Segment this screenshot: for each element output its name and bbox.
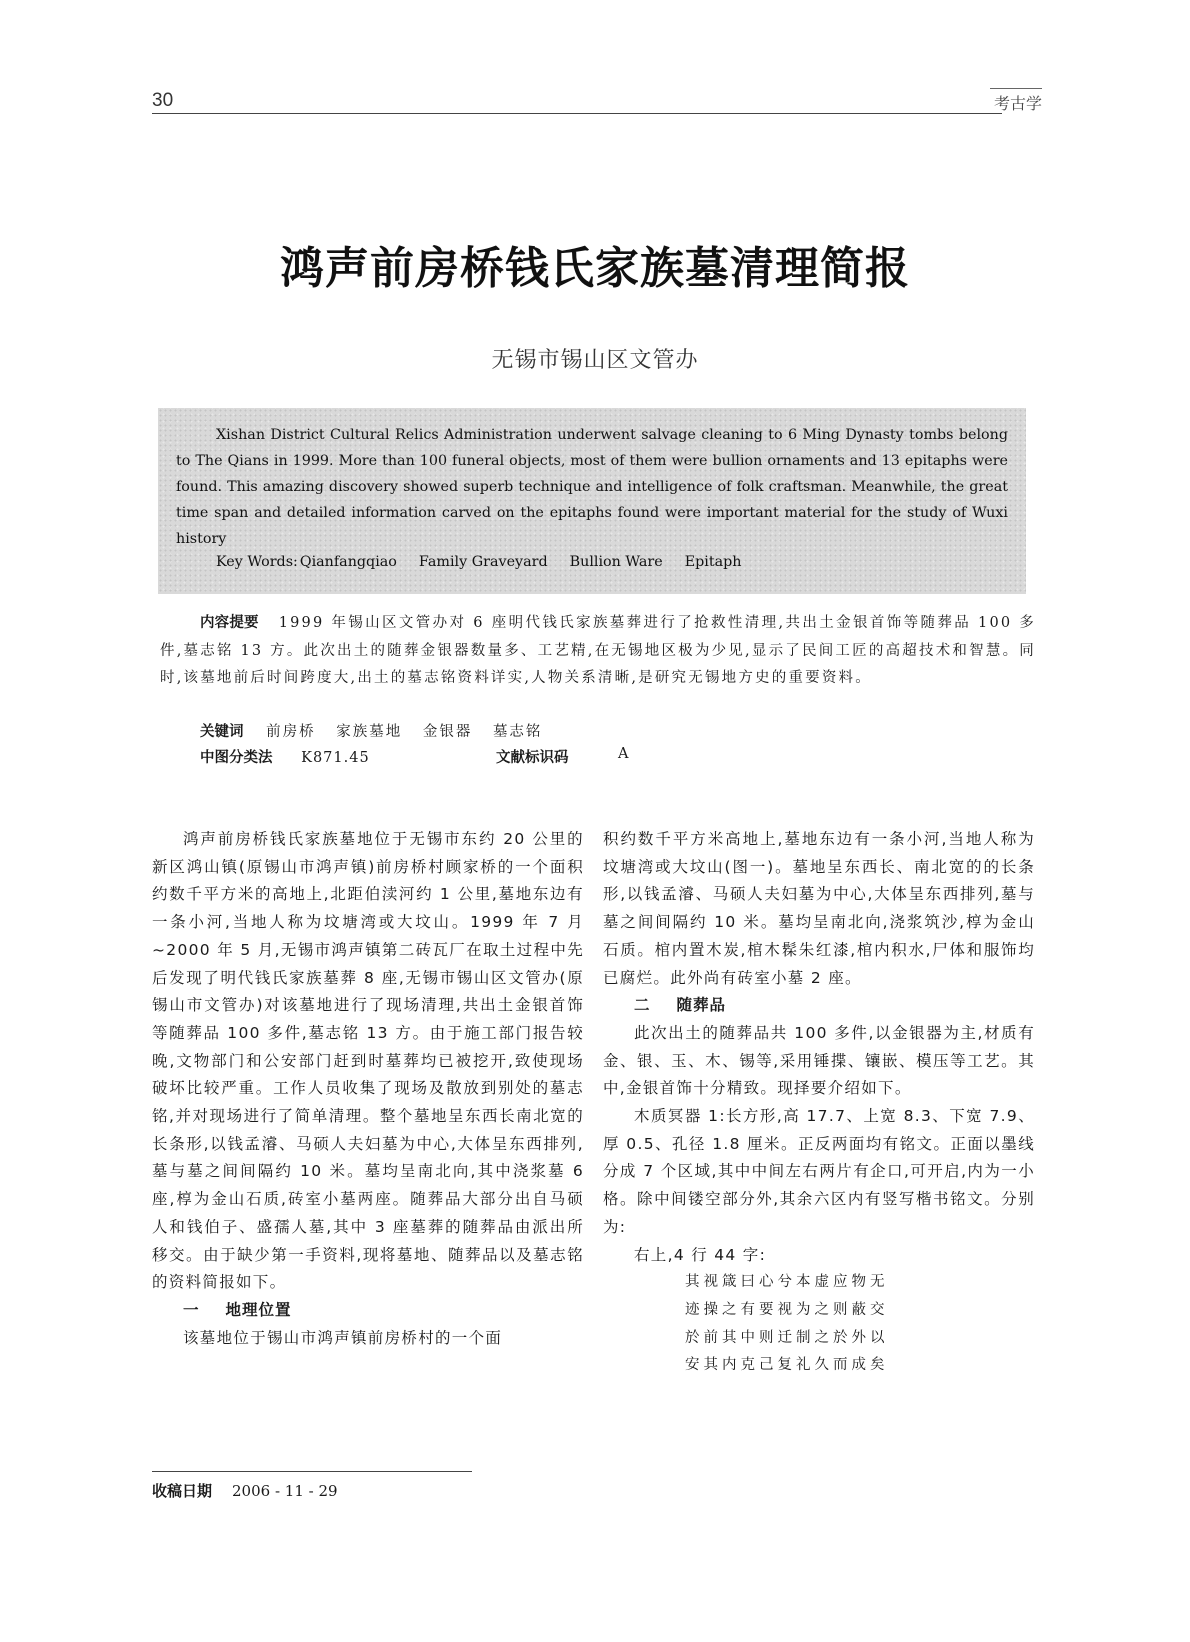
inscription-line: 迹操之有要视为之则蔽交: [603, 1297, 1035, 1325]
keyword: 金银器: [423, 724, 473, 740]
summary-text: 1999 年锡山区文管办对 6 座明代钱氏家族墓葬进行了抢救性清理,共出土金银首…: [160, 615, 1036, 686]
section-number: 二: [634, 996, 651, 1014]
section-title: 地理位置: [226, 1301, 292, 1319]
keyword: 家族墓地: [336, 724, 402, 740]
document-code-label: 文献标识码: [496, 746, 569, 767]
body-column-left: 鸿声前房桥钱氏家族墓地位于无锡市东约 20 公里的新区鸿山镇(原锡山市鸿声镇)前…: [152, 826, 584, 1352]
section-1-continued: 积约数千平方米高地上,墓地东边有一条小河,当地人称为坟塘湾或大坟山(图一)。墓地…: [603, 826, 1035, 992]
section-2-paragraph: 此次出土的随葬品共 100 多件,以金银器为主,材质有金、银、玉、木、锡等,采用…: [603, 1020, 1035, 1103]
item-description: 木质冥器 1:长方形,高 17.7、上宽 8.3、下宽 7.9、厚 0.5、孔径…: [603, 1103, 1035, 1242]
inscription-line: 其视箴曰心兮本虚应物无: [603, 1269, 1035, 1297]
classification-value: K871.45: [301, 750, 370, 766]
english-abstract-box: Xishan District Cultural Relics Administ…: [158, 408, 1026, 594]
summary-label: 内容提要: [200, 615, 259, 631]
keywords-label: 关键词: [200, 724, 244, 740]
english-keywords-label: Key Words:: [216, 554, 298, 570]
article-author: 无锡市锡山区文管办: [0, 343, 1190, 374]
inscription-line: 於前其中则迁制之於外以: [603, 1325, 1035, 1353]
body-column-right: 积约数千平方米高地上,墓地东边有一条小河,当地人称为坟塘湾或大坟山(图一)。墓地…: [603, 826, 1035, 1380]
classification-label: 中图分类法: [200, 750, 273, 766]
section-number: 一: [183, 1301, 200, 1319]
english-keyword: Family Graveyard: [419, 554, 548, 570]
chinese-keywords: 关键词 前房桥 家族墓地 金银器 墓志铭: [200, 720, 558, 741]
article-title: 鸿声前房桥钱氏家族墓清理简报: [0, 232, 1190, 296]
classification-line: 中图分类法 K871.45 文献标识码 A: [200, 746, 800, 767]
keyword: 前房桥: [266, 724, 316, 740]
received-date-value: 2006 - 11 - 29: [232, 1482, 338, 1500]
english-keywords: Key Words:QianfangqiaoFamily GraveyardBu…: [216, 554, 763, 570]
journal-name: 考古学: [990, 88, 1042, 114]
keyword: 墓志铭: [493, 724, 543, 740]
english-keyword: Epitaph: [685, 554, 742, 570]
english-keyword: Bullion Ware: [570, 554, 663, 570]
section-1-paragraph: 该墓地位于锡山市鸿声镇前房桥村的一个面: [152, 1325, 584, 1353]
page-number: 30: [152, 90, 173, 112]
header-rule: [152, 113, 1002, 114]
section-title: 随葬品: [677, 996, 727, 1014]
intro-paragraph: 鸿声前房桥钱氏家族墓地位于无锡市东约 20 公里的新区鸿山镇(原锡山市鸿声镇)前…: [152, 826, 584, 1297]
running-header: 30 考古学: [152, 88, 1042, 114]
received-date-label: 收稿日期: [152, 1482, 212, 1500]
section-heading-1: 一地理位置: [152, 1297, 584, 1325]
inscription-intro: 右上,4 行 44 字:: [603, 1242, 1035, 1270]
english-abstract: Xishan District Cultural Relics Administ…: [176, 422, 1008, 552]
chinese-summary: 内容提要1999 年锡山区文管办对 6 座明代钱氏家族墓葬进行了抢救性清理,共出…: [160, 610, 1036, 693]
document-code-value: A: [618, 746, 628, 762]
inscription-line: 安其内克己复礼久而成矣: [603, 1352, 1035, 1380]
footnote-rule: [152, 1471, 472, 1472]
received-date-footnote: 收稿日期2006 - 11 - 29: [152, 1480, 338, 1501]
english-keyword: Qianfangqiao: [300, 554, 397, 570]
section-heading-2: 二随葬品: [603, 992, 1035, 1020]
